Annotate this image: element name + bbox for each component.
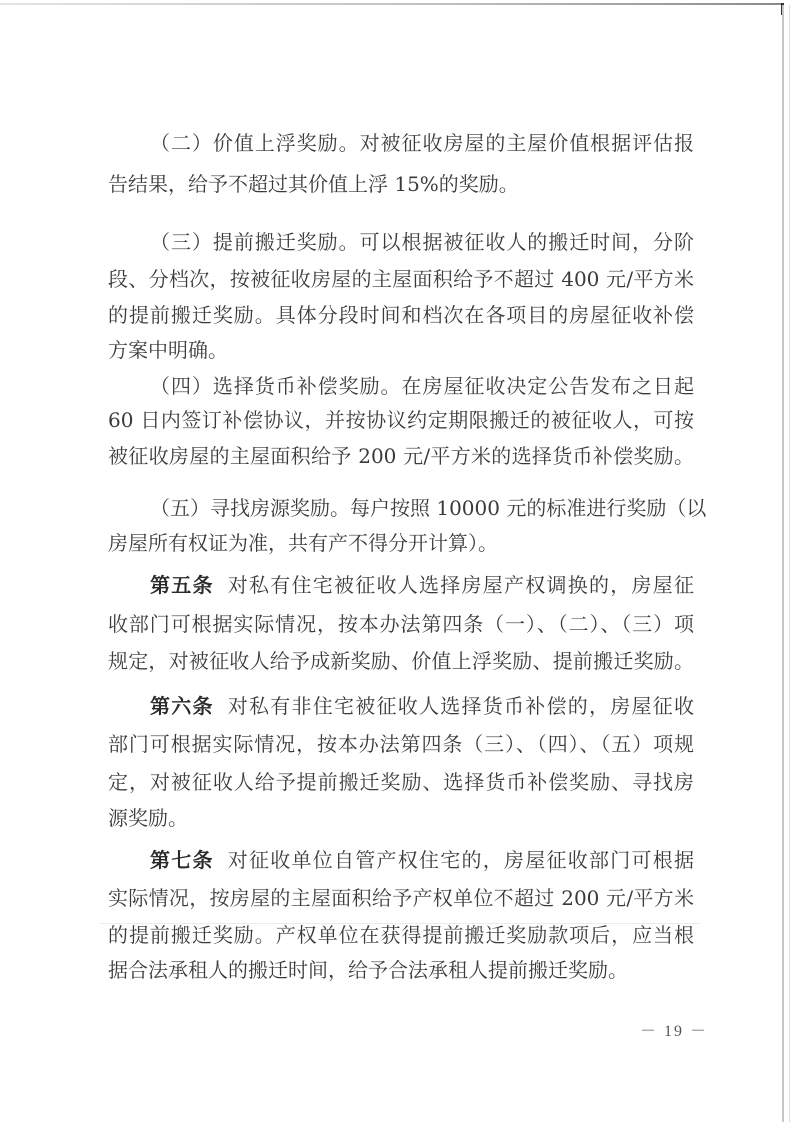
- paragraph-item-3-line-3: 的提前搬迁奖励。具体分段时间和档次在各项目的房屋征收补偿: [108, 297, 694, 333]
- article-7-line-4: 据合法承租人的搬迁时间，给予合法承租人提前搬迁奖励。: [108, 952, 694, 988]
- paragraph-item-5-line-2: 房屋所有权证为准，共有产不得分开计算）。: [108, 525, 694, 561]
- paragraph-item-2-line-1: （二）价值上浮奖励。对被征收房屋的主屋价值根据评估报: [150, 125, 694, 161]
- paragraph-item-4-line-3: 被征收房屋的主屋面积给予 200 元/平方米的选择货币补偿奖励。: [108, 438, 694, 474]
- paragraph-item-3-line-4: 方案中明确。: [108, 332, 694, 368]
- paragraph-item-4-line-1: （四）选择货币补偿奖励。在房屋征收决定公告发布之日起: [150, 368, 694, 404]
- article-5-title: 第五条: [150, 573, 214, 597]
- article-5-line-1: 第五条对私有住宅被征收人选择房屋产权调换的，房屋征: [150, 567, 694, 603]
- paragraph-item-5-line-1: （五）寻找房源奖励。每户按照 10000 元的标准进行奖励（以: [150, 490, 694, 526]
- article-7-line-2: 实际情况，按房屋的主屋面积给予产权单位不超过 200 元/平方米: [108, 880, 694, 916]
- scan-edge-top: [0, 3, 782, 5]
- page-number: － 19 －: [640, 1018, 708, 1041]
- scan-edge-right: [782, 5, 784, 1122]
- article-7-title: 第七条: [150, 848, 214, 872]
- article-6-line-4: 源奖励。: [108, 800, 694, 836]
- paragraph-item-3-line-2: 段、分档次，按被征收房屋的主屋面积给予不超过 400 元/平方米: [108, 261, 694, 297]
- article-7-line-1: 第七条对征收单位自管产权住宅的，房屋征收部门可根据: [150, 842, 694, 878]
- paragraph-item-4-line-2: 60 日内签订补偿协议，并按协议约定期限搬迁的被征收人，可按: [108, 402, 694, 438]
- scan-edge-right-inner: [789, 5, 790, 1122]
- article-6-line-1-text: 对私有非住宅被征收人选择货币补偿的，房屋征收: [228, 694, 694, 718]
- article-5-line-1-text: 对私有住宅被征收人选择房屋产权调换的，房屋征: [228, 573, 694, 597]
- paragraph-item-3-line-1: （三）提前搬迁奖励。可以根据被征收人的搬迁时间，分阶: [150, 224, 694, 260]
- article-7-line-1-text: 对征收单位自管产权住宅的，房屋征收部门可根据: [228, 848, 694, 872]
- article-6-line-3: 定，对被征收人给予提前搬迁奖励、选择货币补偿奖励、寻找房: [108, 764, 694, 800]
- article-5-line-2: 收部门可根据实际情况，按本办法第四条（一）、（二）、（三）项: [108, 606, 694, 642]
- paragraph-item-2-line-2: 告结果，给予不超过其价值上浮 15%的奖励。: [108, 166, 694, 202]
- article-6-line-2: 部门可根据实际情况，按本办法第四条（三）、（四）、（五）项规: [108, 726, 694, 762]
- article-7-line-3: 的提前搬迁奖励。产权单位在获得提前搬迁奖励款项后，应当根: [108, 917, 694, 953]
- article-6-title: 第六条: [150, 694, 214, 718]
- article-6-line-1: 第六条对私有非住宅被征收人选择货币补偿的，房屋征收: [150, 688, 694, 724]
- article-5-line-3: 规定，对被征收人给予成新奖励、价值上浮奖励、提前搬迁奖励。: [108, 643, 694, 679]
